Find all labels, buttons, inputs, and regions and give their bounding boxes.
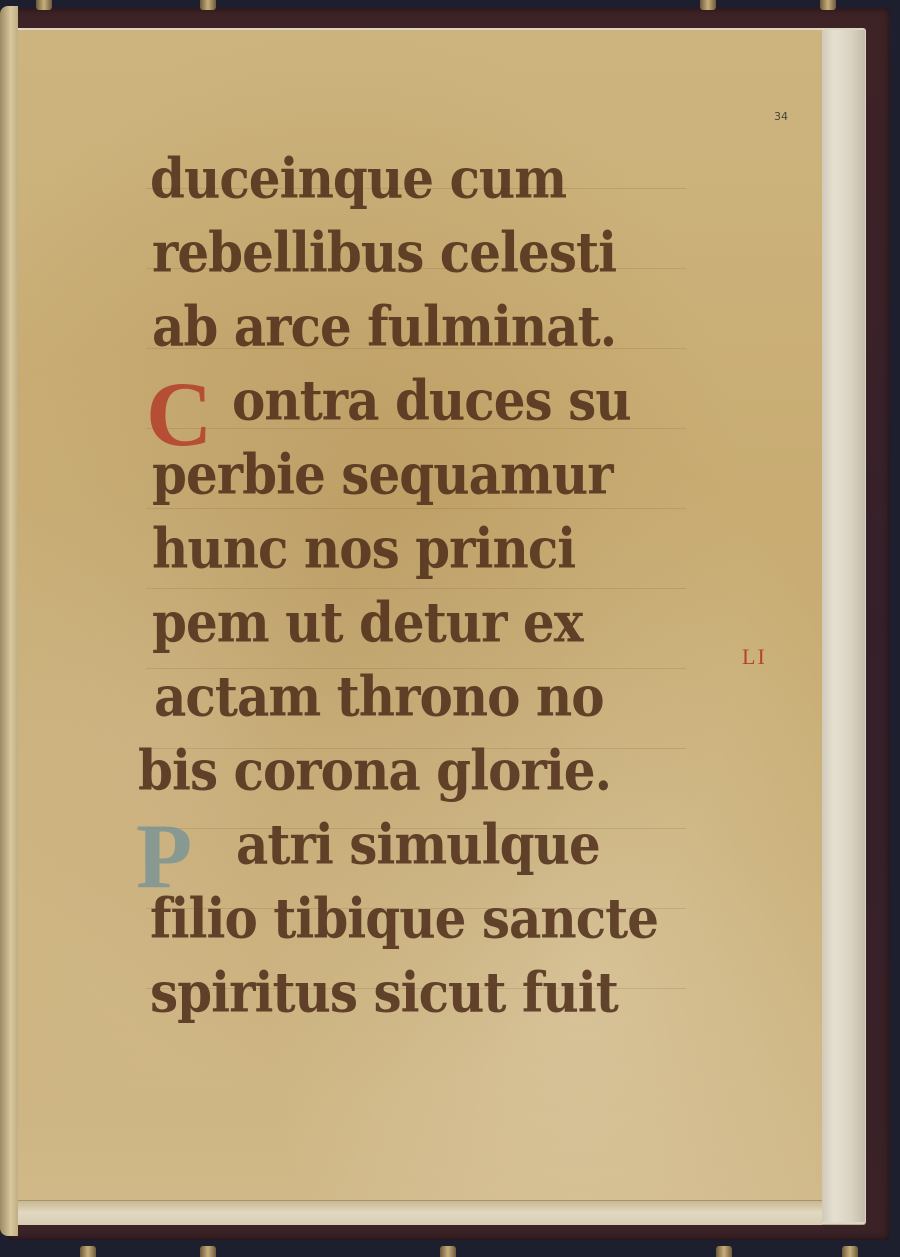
text-line: hunc nos princi — [152, 516, 575, 581]
ruling-line — [146, 588, 686, 589]
page-edges-bottom — [4, 1200, 822, 1225]
text-line: filio tibique sancte — [150, 886, 658, 951]
page-edges-right — [820, 30, 865, 1222]
folio-number: 34 — [774, 110, 788, 123]
text-line: rebellibus celesti — [152, 220, 616, 285]
binding-stud — [842, 1246, 858, 1257]
text-line: perbie sequamur — [152, 442, 613, 507]
binding-stud — [80, 1246, 96, 1257]
text-line: spiritus sicut fuit — [150, 960, 618, 1025]
text-line: actam throno no — [154, 664, 604, 729]
text-line: ab arce fulminat. — [152, 294, 616, 359]
binding-stud — [700, 0, 716, 10]
binding-stud — [440, 1246, 456, 1257]
binding-stud — [716, 1246, 732, 1257]
binding-stud — [36, 0, 52, 10]
text-line: atri simulque — [236, 812, 600, 877]
text-line: duceinque cum — [150, 146, 566, 211]
margin-rubric-marker: LI — [742, 644, 767, 670]
text-line: pem ut detur ex — [152, 590, 583, 655]
gutter-fold — [0, 6, 18, 1236]
binding-stud — [200, 0, 216, 10]
ruling-line — [146, 508, 686, 509]
text-line: bis corona glorie. — [138, 738, 611, 803]
binding-stud — [820, 0, 836, 10]
text-line: ontra duces su — [232, 368, 631, 433]
binding-stud — [200, 1246, 216, 1257]
